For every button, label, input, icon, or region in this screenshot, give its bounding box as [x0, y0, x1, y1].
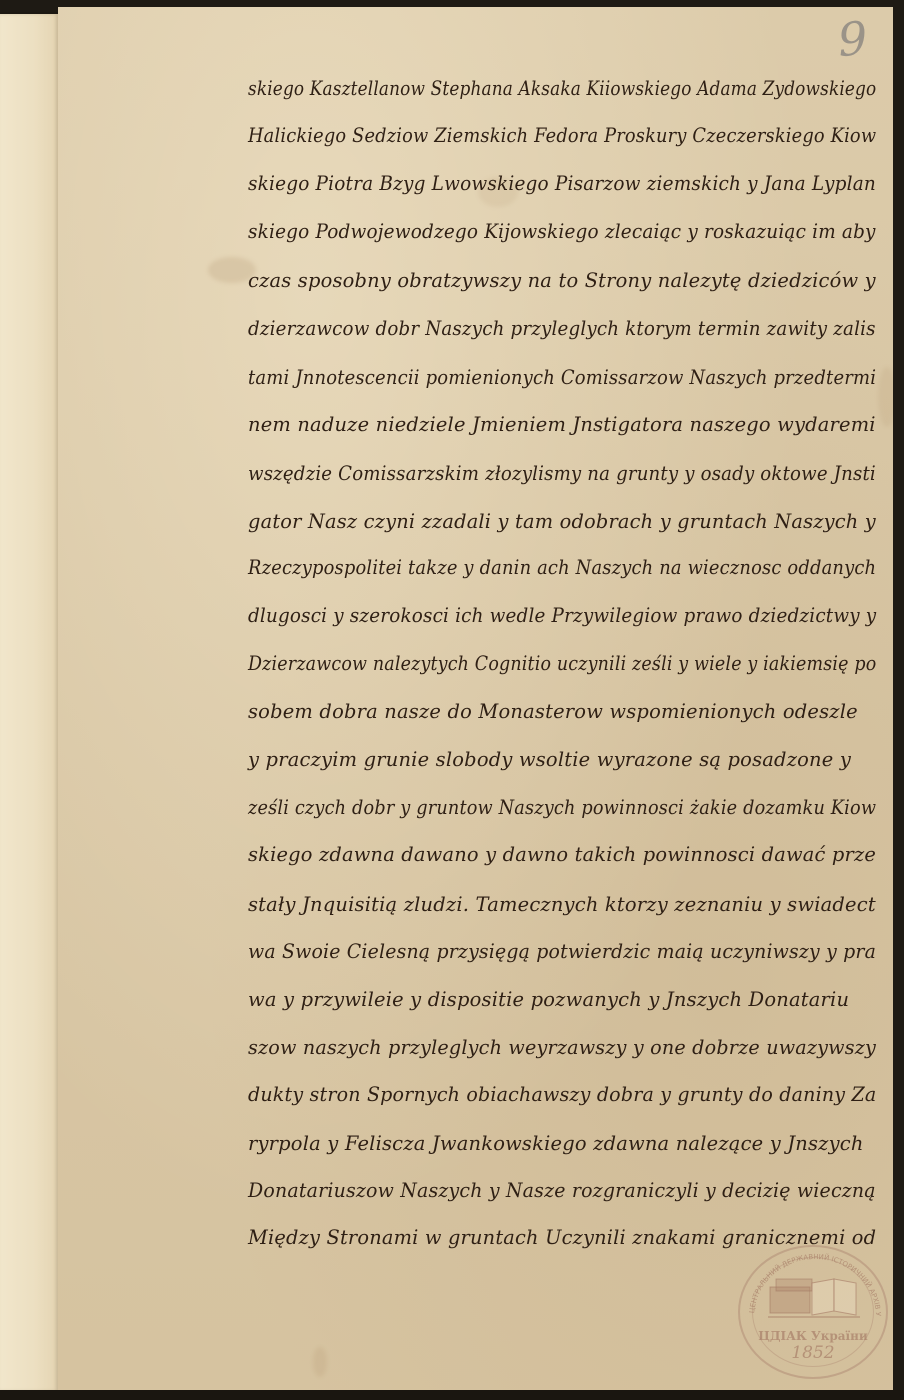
manuscript-line: wa y przywileie y dispositie pozwanych y… [248, 988, 876, 1011]
manuscript-line: skiego Kasztellanow Stephana Aksaka Kiio… [248, 77, 793, 100]
manuscript-text: skiego Kasztellanow Stephana Aksaka Kiio… [0, 0, 904, 1400]
manuscript-line: gator Nasz czyni zzadali y tam odobrach … [248, 510, 873, 533]
manuscript-line: wszędzie Comissarzskim złozylismy na gru… [248, 462, 833, 485]
manuscript-line: Donatariuszow Naszych y Nasze rozgranicz… [248, 1179, 859, 1202]
manuscript-line: skiego Podwojewodzego Kijowskiego zlecai… [248, 220, 843, 243]
manuscript-line: dlugosci y szerokosci ich wedle Przywile… [248, 604, 840, 627]
manuscript-line: Dzierzawcow nalezytych Cognitio uczynili… [248, 652, 812, 675]
manuscript-line: Między Stronami w gruntach Uczynili znak… [248, 1226, 873, 1249]
manuscript-line: tami Jnnotescencii pomienionych Comissar… [248, 366, 828, 389]
manuscript-line: ryrpola y Feliscza Jwankowskiego zdawna … [248, 1132, 876, 1155]
manuscript-line: czas sposobny obratzywszy na to Strony n… [248, 269, 875, 292]
manuscript-line: szow naszych przyleglych weyrzawszy y on… [248, 1036, 866, 1059]
manuscript-line: skiego Piotra Bzyg Lwowskiego Pisarzow z… [248, 172, 844, 195]
stamp-year: 1852 [740, 1343, 886, 1363]
manuscript-line: skiego zdawna dawano y dawno takich powi… [248, 843, 874, 866]
stamp-institution: ЦДІАК України [740, 1329, 886, 1343]
manuscript-line: sobem dobra nasze do Monasterow wspomien… [248, 700, 876, 723]
books-icon [768, 1271, 860, 1319]
manuscript-line: nem naduze niedziele Jmieniem Jnstigator… [248, 413, 875, 436]
archive-stamp: ЦЕНТРАЛЬНИЙ ДЕРЖАВНИЙ ІСТОРИЧНИЙ АРХІВ У… [738, 1245, 888, 1379]
manuscript-line: stały Jnquisitią zludzi. Tamecznych ktor… [248, 893, 876, 916]
manuscript-line: dzierzawcow dobr Naszych przyleglych kto… [248, 317, 837, 340]
manuscript-line: y praczyim grunie slobody wsoltie wyrazo… [248, 748, 876, 771]
manuscript-line: Halickiego Sedziow Ziemskich Fedora Pros… [248, 124, 822, 147]
manuscript-line: wa Swoie Cielesną przysięgą potwierdzic … [248, 940, 858, 963]
manuscript-line: ześli czych dobr y gruntow Naszych powin… [248, 796, 819, 819]
manuscript-line: Rzeczypospolitei takze y danin ach Naszy… [248, 556, 825, 579]
manuscript-line: dukty stron Spornych obiachawszy dobra y… [248, 1083, 862, 1106]
